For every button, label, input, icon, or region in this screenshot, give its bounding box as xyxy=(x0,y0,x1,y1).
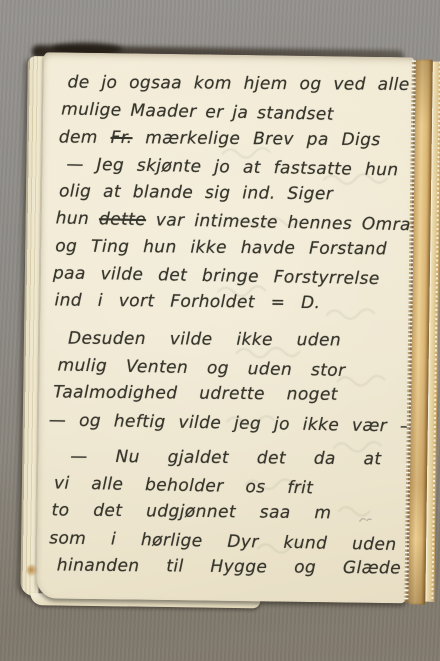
notebook: de jo ogsaa kom hjem og ved alle mulige … xyxy=(20,52,440,614)
struck-word: Fr. xyxy=(111,127,133,147)
manuscript-line: — Nu gjaldet det da at xyxy=(70,443,402,473)
manuscript-line: Taalmodighed udrette noget xyxy=(53,380,403,410)
manuscript-word: dem xyxy=(59,127,111,147)
manuscript-line: olig at blande sig ind. Siger xyxy=(59,179,406,210)
manuscript-line: — og heftig vilde jeg jo ikke vær — xyxy=(49,407,403,440)
manuscript-line: Desuden vilde ikke uden xyxy=(68,325,404,355)
manuscript-word: var intimeste hennes Omraad xyxy=(146,211,433,237)
manuscript-page: de jo ogsaa kom hjem og ved alle mulige … xyxy=(36,52,414,603)
photograph-of-notebook: de jo ogsaa kom hjem og ved alle mulige … xyxy=(0,0,440,661)
manuscript-word: hun xyxy=(55,209,99,230)
manuscript-line: hinanden til Hygge og Glæde xyxy=(57,552,401,582)
manuscript-line: to det udgjønnet saa m xyxy=(51,498,401,529)
manuscript-line: de jo ogsaa kom hjem og ved alle xyxy=(67,70,407,100)
pencil-mark xyxy=(357,515,373,525)
handwritten-text-block: de jo ogsaa kom hjem og ved alle mulige … xyxy=(51,69,408,584)
struck-word: dette xyxy=(99,210,146,231)
manuscript-line: dem Fr. mærkelige Brev pa Digs xyxy=(59,124,407,154)
manuscript-word: mærkelige Brev pa Digs xyxy=(132,128,380,150)
manuscript-line: og Ting hun ikke havde Forstand xyxy=(55,233,405,263)
manuscript-line: ind i vort Forholdet = D. xyxy=(54,288,404,319)
